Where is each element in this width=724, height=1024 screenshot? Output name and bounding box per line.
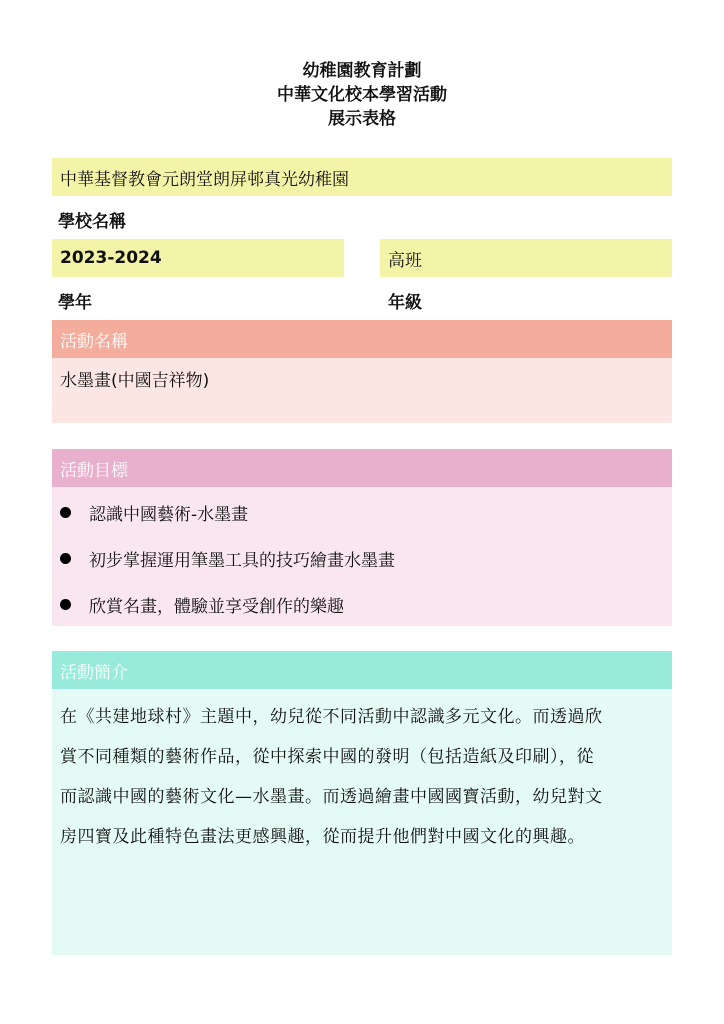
school-name-field[interactable]: 中華基督教會元朗堂朗屏邨真光幼稚園 <box>52 158 672 196</box>
bullet-icon <box>60 599 71 610</box>
objectives-list: 認識中國藝術-水墨畫 初步掌握運用筆墨工具的技巧繪畫水墨畫 欣賞名畫，體驗並享受… <box>52 487 672 626</box>
summary-text[interactable]: 在《共建地球村》主題中，幼兒從不同活動中認識多元文化。而透過欣 賞不同種類的藝術… <box>52 689 672 857</box>
school-name-label: 學校名稱 <box>58 207 126 232</box>
objective-item: 初步掌握運用筆墨工具的技巧繪畫水墨畫 <box>52 535 672 581</box>
activity-name-section: 水墨畫(中國吉祥物) <box>52 358 672 423</box>
activity-name-value[interactable]: 水墨畫(中國吉祥物) <box>52 358 672 399</box>
summary-header: 活動簡介 <box>52 651 672 689</box>
bullet-icon <box>60 507 71 518</box>
objective-item: 認識中國藝術-水墨畫 <box>52 489 672 535</box>
school-year-label: 學年 <box>58 288 92 313</box>
document-title-line3: 展示表格 <box>0 108 724 130</box>
objective-item: 欣賞名畫，體驗並享受創作的樂趣 <box>52 581 672 627</box>
objectives-header: 活動目標 <box>52 449 672 487</box>
grade-label: 年級 <box>388 288 422 313</box>
document-title-line2: 中華文化校本學習活動 <box>0 84 724 106</box>
summary-section: 在《共建地球村》主題中，幼兒從不同活動中認識多元文化。而透過欣 賞不同種類的藝術… <box>52 689 672 955</box>
activity-name-header: 活動名稱 <box>52 320 672 358</box>
document-title-line1: 幼稚園教育計劃 <box>0 60 724 82</box>
bullet-icon <box>60 553 71 564</box>
school-year-field[interactable]: 2023-2024 <box>52 239 344 277</box>
grade-field[interactable]: 高班 <box>380 239 672 277</box>
